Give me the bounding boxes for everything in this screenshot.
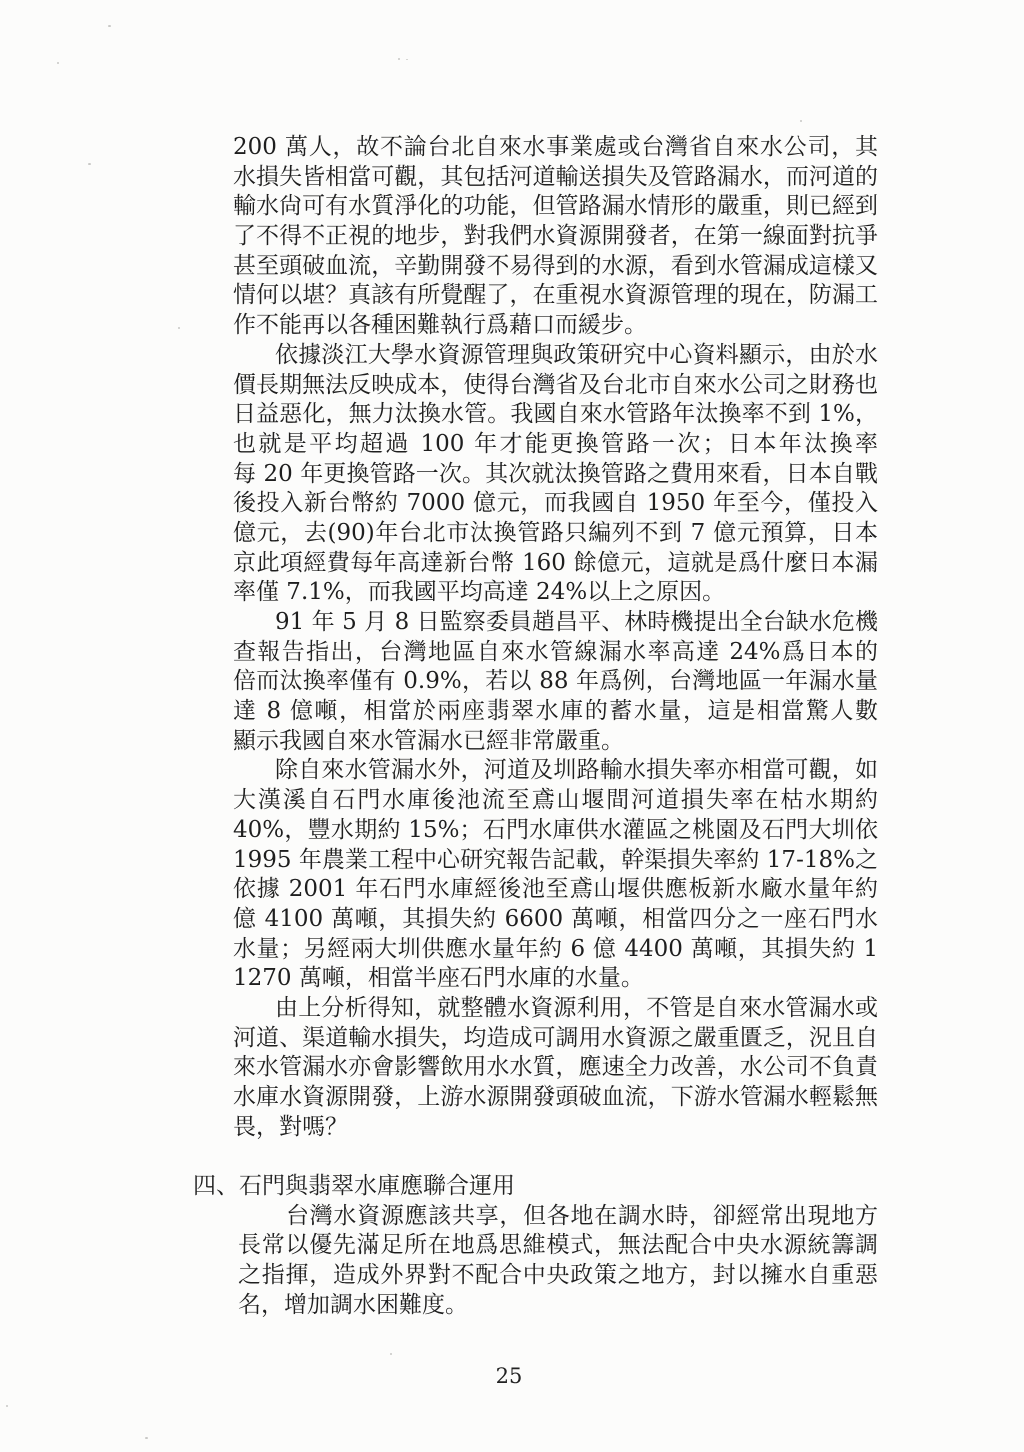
text-line: 水庫水資源開發，上游水源開發頭破血流，下游水管漏水輕鬆無 (233, 1083, 878, 1113)
text-line: 依據淡江大學水資源管理與政策研究中心資料顯示，由於水 (233, 341, 878, 371)
scan-speck (145, 1437, 148, 1439)
paragraph: 由上分析得知，就整體水資源利用，不管是自來水管漏水或河道、渠道輸水損失，均造成可… (233, 994, 878, 1142)
section-paragraph: 台灣水資源應該共享，但各地在調水時，卻經常出現地方首長常以優先滿足所在地爲思維模… (238, 1202, 878, 1321)
text-line: 達 8 億噸，相當於兩座翡翠水庫的蓄水量，這是相當驚人數據， (233, 697, 878, 727)
body-text: 200 萬人，故不論台北自來水事業處或台灣省自來水公司，其輸水損失皆相當可觀，其… (233, 133, 878, 1321)
text-line: 除自來水管漏水外，河道及圳路輸水損失率亦相當可觀，如 (233, 756, 878, 786)
text-line: 台灣水資源應該共享，但各地在調水時，卻經常出現地方首 (238, 1202, 878, 1232)
scan-speck (800, 120, 802, 122)
scan-speck (88, 163, 91, 165)
text-line: 查報告指出，台灣地區自來水管線漏水率高達 24%爲日本的 3.5 (233, 638, 878, 668)
paragraph: 200 萬人，故不論台北自來水事業處或台灣省自來水公司，其輸水損失皆相當可觀，其… (233, 133, 878, 341)
text-line: 情何以堪？真該有所覺醒了，在重視水資源管理的現在，防漏工 (233, 281, 878, 311)
text-line: 每 20 年更換管路一次。其次就汰換管路之費用來看，日本自戰 (233, 460, 878, 490)
text-line: 水量；另經兩大圳供應水量年約 6 億 4400 萬噸，其損失約 1 億 (233, 935, 878, 965)
text-line: 價長期無法反映成本，使得台灣省及台北市自來水公司之財務也 (233, 371, 878, 401)
text-line: 1995 年農業工程中心研究報告記載，幹渠損失率約 17-18%之間， (233, 846, 878, 876)
text-line: 大漢溪自石門水庫後池流至鳶山堰間河道損失率在枯水期約 (233, 786, 878, 816)
text-line: 依據 2001 年石門水庫經後池至鳶山堰供應板新水廠水量年約 2 (233, 875, 878, 905)
scan-speck (406, 59, 408, 60)
scan-speck (6, 1405, 8, 1407)
text-line: 名，增加調水困難度。 (238, 1291, 878, 1321)
paragraph: 除自來水管漏水外，河道及圳路輸水損失率亦相當可觀，如大漢溪自石門水庫後池流至鳶山… (233, 756, 878, 994)
text-line: 日益惡化，無力汰換水管。我國自來水管路年汰換率不到 1%， (233, 400, 878, 430)
text-line: 之指揮，造成外界對不配合中央政策之地方，封以擁水自重惡 (238, 1261, 878, 1291)
text-line: 畏，對嗎？ (233, 1113, 878, 1143)
text-line: 長常以優先滿足所在地爲思維模式，無法配合中央水源統籌調度 (238, 1231, 878, 1261)
text-line: 甚至頭破血流，辛勤開發不易得到的水源，看到水管漏成這樣又 (233, 252, 878, 282)
text-line: 作不能再以各種困難執行爲藉口而緩步。 (233, 311, 878, 341)
scanned-document-page: 200 萬人，故不論台北自來水事業處或台灣省自來水公司，其輸水損失皆相當可觀，其… (0, 0, 1024, 1452)
main-paragraphs: 200 萬人，故不論台北自來水事業處或台灣省自來水公司，其輸水損失皆相當可觀，其… (233, 133, 878, 1142)
text-line: 顯示我國自來水管漏水已經非常嚴重。 (233, 727, 878, 757)
text-line: 河道、渠道輸水損失，均造成可調用水資源之嚴重匱乏，況且自 (233, 1024, 878, 1054)
text-line: 京此項經費每年高達新台幣 160 餘億元，這就是爲什麼日本漏水 (233, 549, 878, 579)
text-line: 由上分析得知，就整體水資源利用，不管是自來水管漏水或 (233, 994, 878, 1024)
text-line: 輸水尙可有水質淨化的功能，但管路漏水情形的嚴重，則已經到 (233, 192, 878, 222)
text-line: 200 萬人，故不論台北自來水事業處或台灣省自來水公司，其輸 (233, 133, 878, 163)
scan-speck (398, 58, 400, 60)
page-number: 25 (0, 1364, 1018, 1388)
scan-speck (57, 62, 59, 64)
scan-speck (390, 1353, 392, 1355)
paragraph: 依據淡江大學水資源管理與政策研究中心資料顯示，由於水價長期無法反映成本，使得台灣… (233, 341, 878, 608)
text-line: 來水管漏水亦會影響飲用水水質，應速全力改善，水公司不負責 (233, 1053, 878, 1083)
text-line: 91 年 5 月 8 日監察委員趙昌平、林時機提出全台缺水危機調 (233, 608, 878, 638)
text-line: 倍而汰換率僅有 0.9%，若以 88 年爲例，台灣地區一年漏水量高 (233, 667, 878, 697)
text-line: 後投入新台幣約 7000 億元，而我國自 1950 年至今，僅投入約 150 (233, 489, 878, 519)
text-line: 40%，豐水期約 15%；石門水庫供水灌區之桃園及石門大圳依據 (233, 816, 878, 846)
text-line: 1270 萬噸，相當半座石門水庫的水量。 (233, 964, 878, 994)
scan-speck (108, 25, 111, 27)
paragraph: 91 年 5 月 8 日監察委員趙昌平、林時機提出全台缺水危機調查報告指出，台灣… (233, 608, 878, 756)
text-line: 水損失皆相當可觀，其包括河道輸送損失及管路漏水，而河道的 (233, 163, 878, 193)
section-heading: 四、石門與翡翠水庫應聯合運用 (193, 1172, 878, 1202)
text-line: 了不得不正視的地步，對我們水資源開發者，在第一線面對抗爭 (233, 222, 878, 252)
paragraph: 台灣水資源應該共享，但各地在調水時，卻經常出現地方首長常以優先滿足所在地爲思維模… (238, 1202, 878, 1321)
text-line: 也就是平均超過 100 年才能更換管路一次；日本年汰換率 5%， (233, 430, 878, 460)
text-line: 億 4100 萬噸，其損失約 6600 萬噸，相當四分之一座石門水庫的 (233, 905, 878, 935)
text-line: 億元，去(90)年台北市汰換管路只編列不到 7 億元預算，日本東 (233, 519, 878, 549)
text-line: 率僅 7.1%，而我國平均高達 24%以上之原因。 (233, 578, 878, 608)
scan-speck (178, 327, 180, 329)
